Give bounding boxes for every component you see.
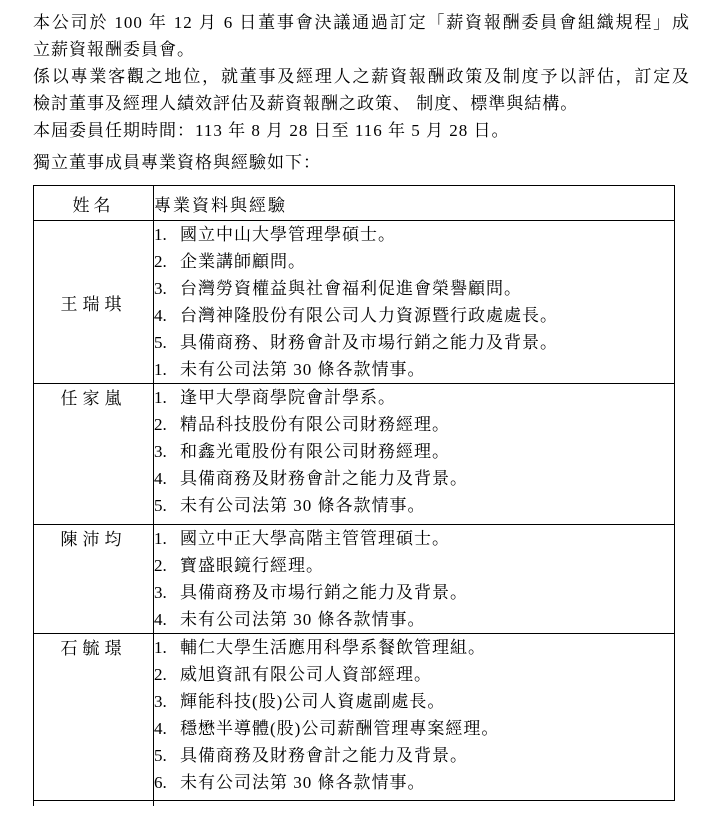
column-header-experience: 專業資料與經驗 <box>154 186 675 221</box>
intro-line-5: 本屆委員任期時間：113 年 8 月 28 日至 116 年 5 月 28 日。 <box>33 117 690 144</box>
experience-item: 2.企業講師顧問。 <box>154 248 674 275</box>
experience-item: 5.具備商務、財務會計及市場行銷之能力及背景。 <box>154 329 674 356</box>
experience-item: 2.寶盛眼鏡行經理。 <box>154 552 674 579</box>
experience-item-text: 台灣神隆股份有限公司人力資源暨行政處處長。 <box>180 302 558 329</box>
experience-item: 4.未有公司法第 30 條各款情事。 <box>154 606 674 633</box>
experience-item: 1.國立中正大學高階主管管理碩士。 <box>154 525 674 552</box>
experience-item-number: 4. <box>154 715 180 742</box>
intro-line-3: 係以專業客觀之地位，就董事及經理人之薪資報酬政策及制度予以評估，訂定及 <box>33 63 690 90</box>
column-header-name: 姓名 <box>34 186 154 221</box>
experience-item-text: 穩懋半導體(股)公司薪酬管理專案經理。 <box>180 715 499 742</box>
table-header-row: 姓名 專業資料與經驗 <box>34 186 675 221</box>
experience-item-number: 6. <box>154 769 180 796</box>
experience-item: 2.精品科技股份有限公司財務經理。 <box>154 411 674 438</box>
member-row: 石毓璟1.輔仁大學生活應用科學系餐飲管理組。2.威旭資訊有限公司人資部經理。3.… <box>34 634 675 801</box>
member-row: 王瑞琪1.國立中山大學管理學碩士。2.企業講師顧問。3.台灣勞資權益與社會福利促… <box>34 221 675 384</box>
members-table: 姓名 專業資料與經驗 王瑞琪1.國立中山大學管理學碩士。2.企業講師顧問。3.台… <box>33 185 675 801</box>
experience-item-number: 5. <box>154 492 180 519</box>
member-row: 陳沛均1.國立中正大學高階主管管理碩士。2.寶盛眼鏡行經理。3.具備商務及市場行… <box>34 525 675 634</box>
experience-item-number: 4. <box>154 465 180 492</box>
intro-line-4: 檢討董事及經理人績效評估及薪資報酬之政策、 制度、標準與結構。 <box>33 90 690 117</box>
experience-item: 3.台灣勞資權益與社會福利促進會榮譽顧問。 <box>154 275 674 302</box>
section-label: 獨立董事成員專業資格與經驗如下： <box>33 151 321 175</box>
experience-item: 1.國立中山大學管理學碩士。 <box>154 221 674 248</box>
experience-item-number: 5. <box>154 329 180 356</box>
experience-item: 6.未有公司法第 30 條各款情事。 <box>154 769 674 796</box>
intro-paragraphs: 本公司於 100 年 12 月 6 日董事會決議通過訂定「薪資報酬委員會組織規程… <box>33 9 690 144</box>
experience-item-text: 未有公司法第 30 條各款情事。 <box>180 492 426 519</box>
member-name: 任家嵐 <box>34 384 154 525</box>
experience-item-number: 1. <box>154 356 180 383</box>
experience-item-number: 3. <box>154 438 180 465</box>
experience-item-text: 台灣勞資權益與社會福利促進會榮譽顧問。 <box>180 275 522 302</box>
experience-item-text: 未有公司法第 30 條各款情事。 <box>180 769 426 796</box>
experience-item-number: 1. <box>154 634 180 661</box>
member-name: 陳沛均 <box>34 525 154 634</box>
experience-item-number: 1. <box>154 384 180 411</box>
intro-line-2: 立薪資報酬委員會。 <box>33 36 690 63</box>
member-experience-cell: 1.逢甲大學商學院會計學系。2.精品科技股份有限公司財務經理。3.和鑫光電股份有… <box>154 384 675 525</box>
experience-item-text: 具備商務及財務會計之能力及背景。 <box>180 742 468 769</box>
experience-item-number: 3. <box>154 579 180 606</box>
experience-item-text: 寶盛眼鏡行經理。 <box>180 552 324 579</box>
experience-item-number: 3. <box>154 275 180 302</box>
experience-item-number: 1. <box>154 525 180 552</box>
experience-item-text: 國立中正大學高階主管管理碩士。 <box>180 525 450 552</box>
experience-item-text: 逢甲大學商學院會計學系。 <box>180 384 396 411</box>
experience-item-number: 2. <box>154 248 180 275</box>
experience-item-text: 具備商務及財務會計之能力及背景。 <box>180 465 468 492</box>
member-row: 任家嵐1.逢甲大學商學院會計學系。2.精品科技股份有限公司財務經理。3.和鑫光電… <box>34 384 675 525</box>
experience-item: 2.威旭資訊有限公司人資部經理。 <box>154 661 674 688</box>
table-cutoff-border-left <box>33 801 34 806</box>
table-cutoff-border-middle <box>153 801 154 806</box>
experience-item-text: 精品科技股份有限公司財務經理。 <box>180 411 450 438</box>
experience-item-text: 威旭資訊有限公司人資部經理。 <box>180 661 432 688</box>
experience-item: 4.具備商務及財務會計之能力及背景。 <box>154 465 674 492</box>
experience-item-number: 4. <box>154 606 180 633</box>
member-experience-cell: 1.國立中山大學管理學碩士。2.企業講師顧問。3.台灣勞資權益與社會福利促進會榮… <box>154 221 675 384</box>
experience-item: 1.未有公司法第 30 條各款情事。 <box>154 356 674 383</box>
experience-item: 5.未有公司法第 30 條各款情事。 <box>154 492 674 519</box>
experience-item-text: 輔仁大學生活應用科學系餐飲管理組。 <box>180 634 486 661</box>
experience-item-number: 3. <box>154 688 180 715</box>
experience-item: 4.台灣神隆股份有限公司人力資源暨行政處處長。 <box>154 302 674 329</box>
experience-item: 3.輝能科技(股)公司人資處副處長。 <box>154 688 674 715</box>
experience-item-number: 2. <box>154 552 180 579</box>
experience-item-number: 1. <box>154 221 180 248</box>
experience-item-text: 具備商務、財務會計及市場行銷之能力及背景。 <box>180 329 558 356</box>
member-name: 石毓璟 <box>34 634 154 801</box>
experience-item: 1.逢甲大學商學院會計學系。 <box>154 384 674 411</box>
intro-line-1: 本公司於 100 年 12 月 6 日董事會決議通過訂定「薪資報酬委員會組織規程… <box>33 9 690 36</box>
experience-item-text: 企業講師顧問。 <box>180 248 306 275</box>
experience-item: 3.具備商務及市場行銷之能力及背景。 <box>154 579 674 606</box>
member-name: 王瑞琪 <box>34 221 154 384</box>
experience-item-number: 2. <box>154 661 180 688</box>
experience-item-text: 國立中山大學管理學碩士。 <box>180 221 396 248</box>
experience-item-number: 5. <box>154 742 180 769</box>
member-experience-cell: 1.輔仁大學生活應用科學系餐飲管理組。2.威旭資訊有限公司人資部經理。3.輝能科… <box>154 634 675 801</box>
experience-item-text: 輝能科技(股)公司人資處副處長。 <box>180 688 445 715</box>
experience-item: 5.具備商務及財務會計之能力及背景。 <box>154 742 674 769</box>
experience-item-number: 2. <box>154 411 180 438</box>
experience-item-number: 4. <box>154 302 180 329</box>
experience-item-text: 未有公司法第 30 條各款情事。 <box>180 356 426 383</box>
member-experience-cell: 1.國立中正大學高階主管管理碩士。2.寶盛眼鏡行經理。3.具備商務及市場行銷之能… <box>154 525 675 634</box>
document-page: 本公司於 100 年 12 月 6 日董事會決議通過訂定「薪資報酬委員會組織規程… <box>0 0 706 817</box>
members-table-body: 王瑞琪1.國立中山大學管理學碩士。2.企業講師顧問。3.台灣勞資權益與社會福利促… <box>34 221 675 801</box>
experience-item: 3.和鑫光電股份有限公司財務經理。 <box>154 438 674 465</box>
experience-item: 1.輔仁大學生活應用科學系餐飲管理組。 <box>154 634 674 661</box>
experience-item-text: 具備商務及市場行銷之能力及背景。 <box>180 579 468 606</box>
experience-item-text: 未有公司法第 30 條各款情事。 <box>180 606 426 633</box>
experience-item-text: 和鑫光電股份有限公司財務經理。 <box>180 438 450 465</box>
experience-item: 4.穩懋半導體(股)公司薪酬管理專案經理。 <box>154 715 674 742</box>
